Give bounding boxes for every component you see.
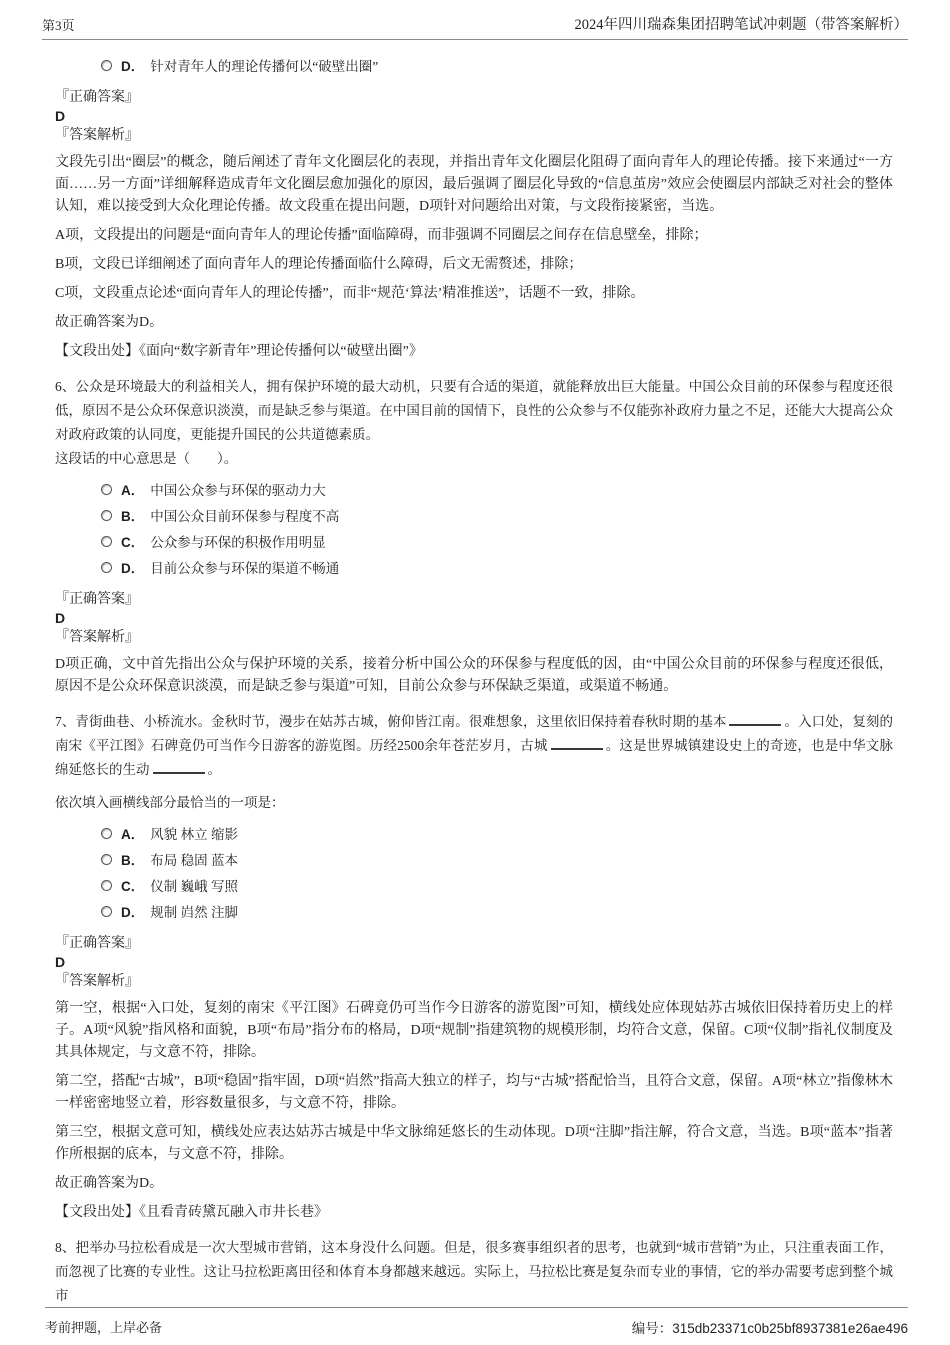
option-letter: D． [121, 55, 144, 75]
option-letter: A． [121, 479, 144, 499]
option-text: 针对青年人的理论传播何以“破壁出圈” [150, 55, 378, 75]
analysis-label: 『答案解析』 [55, 126, 893, 145]
q6-option-d[interactable]: D． 目前公众参与环保的渠道不畅通 [101, 554, 893, 580]
q6-option-a[interactable]: A． 中国公众参与环保的驱动力大 [101, 476, 893, 502]
q7-analysis-1: 第一空，根据“入口处，复刻的南宋《平江图》石碑竟仍可当作今日游客的游览图”可知，… [55, 998, 893, 1064]
option-letter: D． [121, 557, 144, 577]
q7-options: A． 风貌 林立 缩影 B． 布局 稳固 蓝本 C． 仪制 巍峨 写照 D． 规… [55, 820, 893, 924]
radio-button-icon[interactable] [101, 906, 112, 917]
option-text: 布局 稳固 蓝本 [150, 849, 238, 869]
option-text: 中国公众参与环保的驱动力大 [150, 479, 326, 499]
q5-point-a: A项，文段提出的问题是“面向青年人的理论传播”面临障碍，而非强调不同圈层之间存在… [55, 225, 893, 247]
option-letter: B． [121, 505, 144, 525]
q5-answer-block: 『正确答案』 D 『答案解析』 [55, 88, 893, 145]
correct-answer-label: 『正确答案』 [55, 88, 893, 107]
analysis-label: 『答案解析』 [55, 972, 893, 991]
option-letter: A． [121, 823, 144, 843]
correct-answer-value: D [55, 953, 893, 972]
option-text: 目前公众参与环保的渠道不畅通 [150, 557, 339, 577]
radio-button-icon[interactable] [101, 510, 112, 521]
q6-option-b[interactable]: B． 中国公众目前环保参与程度不高 [101, 502, 893, 528]
q7-stem: 7、青街曲巷、小桥流水。金秋时节，漫步在姑苏古城，俯仰皆江南。很难想象，这里依旧… [55, 710, 893, 782]
option-letter: C． [121, 875, 144, 895]
q7-analysis-2: 第二空，搭配“古城”，B项“稳固”指牢固，D项“岿然”指高大独立的样子，均与“古… [55, 1071, 893, 1115]
q5-source: 【文段出处】《面向“数字新青年”理论传播何以“破壁出圈”》 [55, 341, 893, 363]
q7-stem-part4: 。 [208, 762, 222, 777]
footer-slogan: 考前押题，上岸必备 [45, 1317, 162, 1345]
q5-analysis-paragraph: 文段先引出“圈层”的概念，随后阐述了青年文化圈层化的表现，并指出青年文化圈层化阻… [55, 152, 893, 218]
q6-prompt: 这段话的中心意思是（ ）。 [55, 447, 893, 471]
q6-answer-block: 『正确答案』 D 『答案解析』 [55, 590, 893, 647]
option-letter: B． [121, 849, 144, 869]
q8-stem: 8、把举办马拉松看成是一次大型城市营销，这本身没什么问题。但是，很多赛事组织者的… [55, 1236, 893, 1308]
correct-answer-label: 『正确答案』 [55, 934, 893, 953]
option-text: 规制 岿然 注脚 [150, 901, 238, 921]
correct-answer-value: D [55, 609, 893, 628]
radio-button-icon[interactable] [101, 484, 112, 495]
option-letter: D． [121, 901, 144, 921]
q6-analysis-paragraph: D项正确，文中首先指出公众与保护环境的关系，接着分析中国公众的环保参与程度低的因… [55, 654, 893, 698]
document-title: 2024年四川瑞森集团招聘笔试冲刺题（带答案解析） [575, 13, 909, 34]
q5-point-c: C项，文段重点论述“面向青年人的理论传播”，而非“规范‘算法’精准推送”，话题不… [55, 283, 893, 305]
radio-button-icon[interactable] [101, 536, 112, 547]
q7-option-c[interactable]: C． 仪制 巍峨 写照 [101, 872, 893, 898]
radio-button-icon[interactable] [101, 854, 112, 865]
option-text: 公众参与环保的积极作用明显 [150, 531, 326, 551]
blank-underline [153, 760, 205, 774]
q7-analysis-3: 第三空，根据文意可知，横线处应表达姑苏古城是中华文脉绵延悠长的生动体现。D项“注… [55, 1122, 893, 1166]
q7-stem-part1: 7、青街曲巷、小桥流水。金秋时节，漫步在姑苏古城，俯仰皆江南。很难想象，这里依旧… [55, 714, 726, 729]
q7-option-a[interactable]: A． 风貌 林立 缩影 [101, 820, 893, 846]
q7-answer-block: 『正确答案』 D 『答案解析』 [55, 934, 893, 991]
radio-button-icon[interactable] [101, 60, 112, 71]
q5-option-d[interactable]: D． 针对青年人的理论传播何以“破壁出圈” [101, 52, 893, 78]
q6-stem: 6、公众是环境最大的利益相关人，拥有保护环境的最大动机，只要有合适的渠道，就能释… [55, 375, 893, 447]
analysis-label: 『答案解析』 [55, 628, 893, 647]
page-header: 第3页 2024年四川瑞森集团招聘笔试冲刺题（带答案解析） [42, 0, 908, 40]
option-letter: C． [121, 531, 144, 551]
page-content: D． 针对青年人的理论传播何以“破壁出圈” 『正确答案』 D 『答案解析』 文段… [0, 52, 950, 1308]
q7-option-d[interactable]: D． 规制 岿然 注脚 [101, 898, 893, 924]
q6-option-c[interactable]: C． 公众参与环保的积极作用明显 [101, 528, 893, 554]
q7-option-b[interactable]: B． 布局 稳固 蓝本 [101, 846, 893, 872]
blank-underline [729, 712, 781, 726]
radio-button-icon[interactable] [101, 880, 112, 891]
page-footer: 考前押题，上岸必备 编号：315db23371c0b25bf8937381e26… [45, 1307, 908, 1345]
footer-serial-number: 编号：315db23371c0b25bf8937381e26ae496 [632, 1317, 908, 1345]
correct-answer-value: D [55, 107, 893, 126]
q7-conclusion: 故正确答案为D。 [55, 1173, 893, 1195]
option-text: 仪制 巍峨 写照 [150, 875, 238, 895]
page-number: 第3页 [42, 15, 75, 34]
blank-underline [551, 736, 603, 750]
option-text: 中国公众目前环保参与程度不高 [150, 505, 339, 525]
q5-conclusion: 故正确答案为D。 [55, 312, 893, 334]
correct-answer-label: 『正确答案』 [55, 590, 893, 609]
radio-button-icon[interactable] [101, 828, 112, 839]
q6-options: A． 中国公众参与环保的驱动力大 B． 中国公众目前环保参与程度不高 C． 公众… [55, 476, 893, 580]
option-text: 风貌 林立 缩影 [150, 823, 238, 843]
q7-prompt: 依次填入画横线部分最恰当的一项是： [55, 791, 893, 815]
radio-button-icon[interactable] [101, 562, 112, 573]
q7-source: 【文段出处】《且看青砖黛瓦融入市井长巷》 [55, 1202, 893, 1224]
q5-point-b: B项，文段已详细阐述了面向青年人的理论传播面临什么障碍，后文无需赘述，排除； [55, 254, 893, 276]
